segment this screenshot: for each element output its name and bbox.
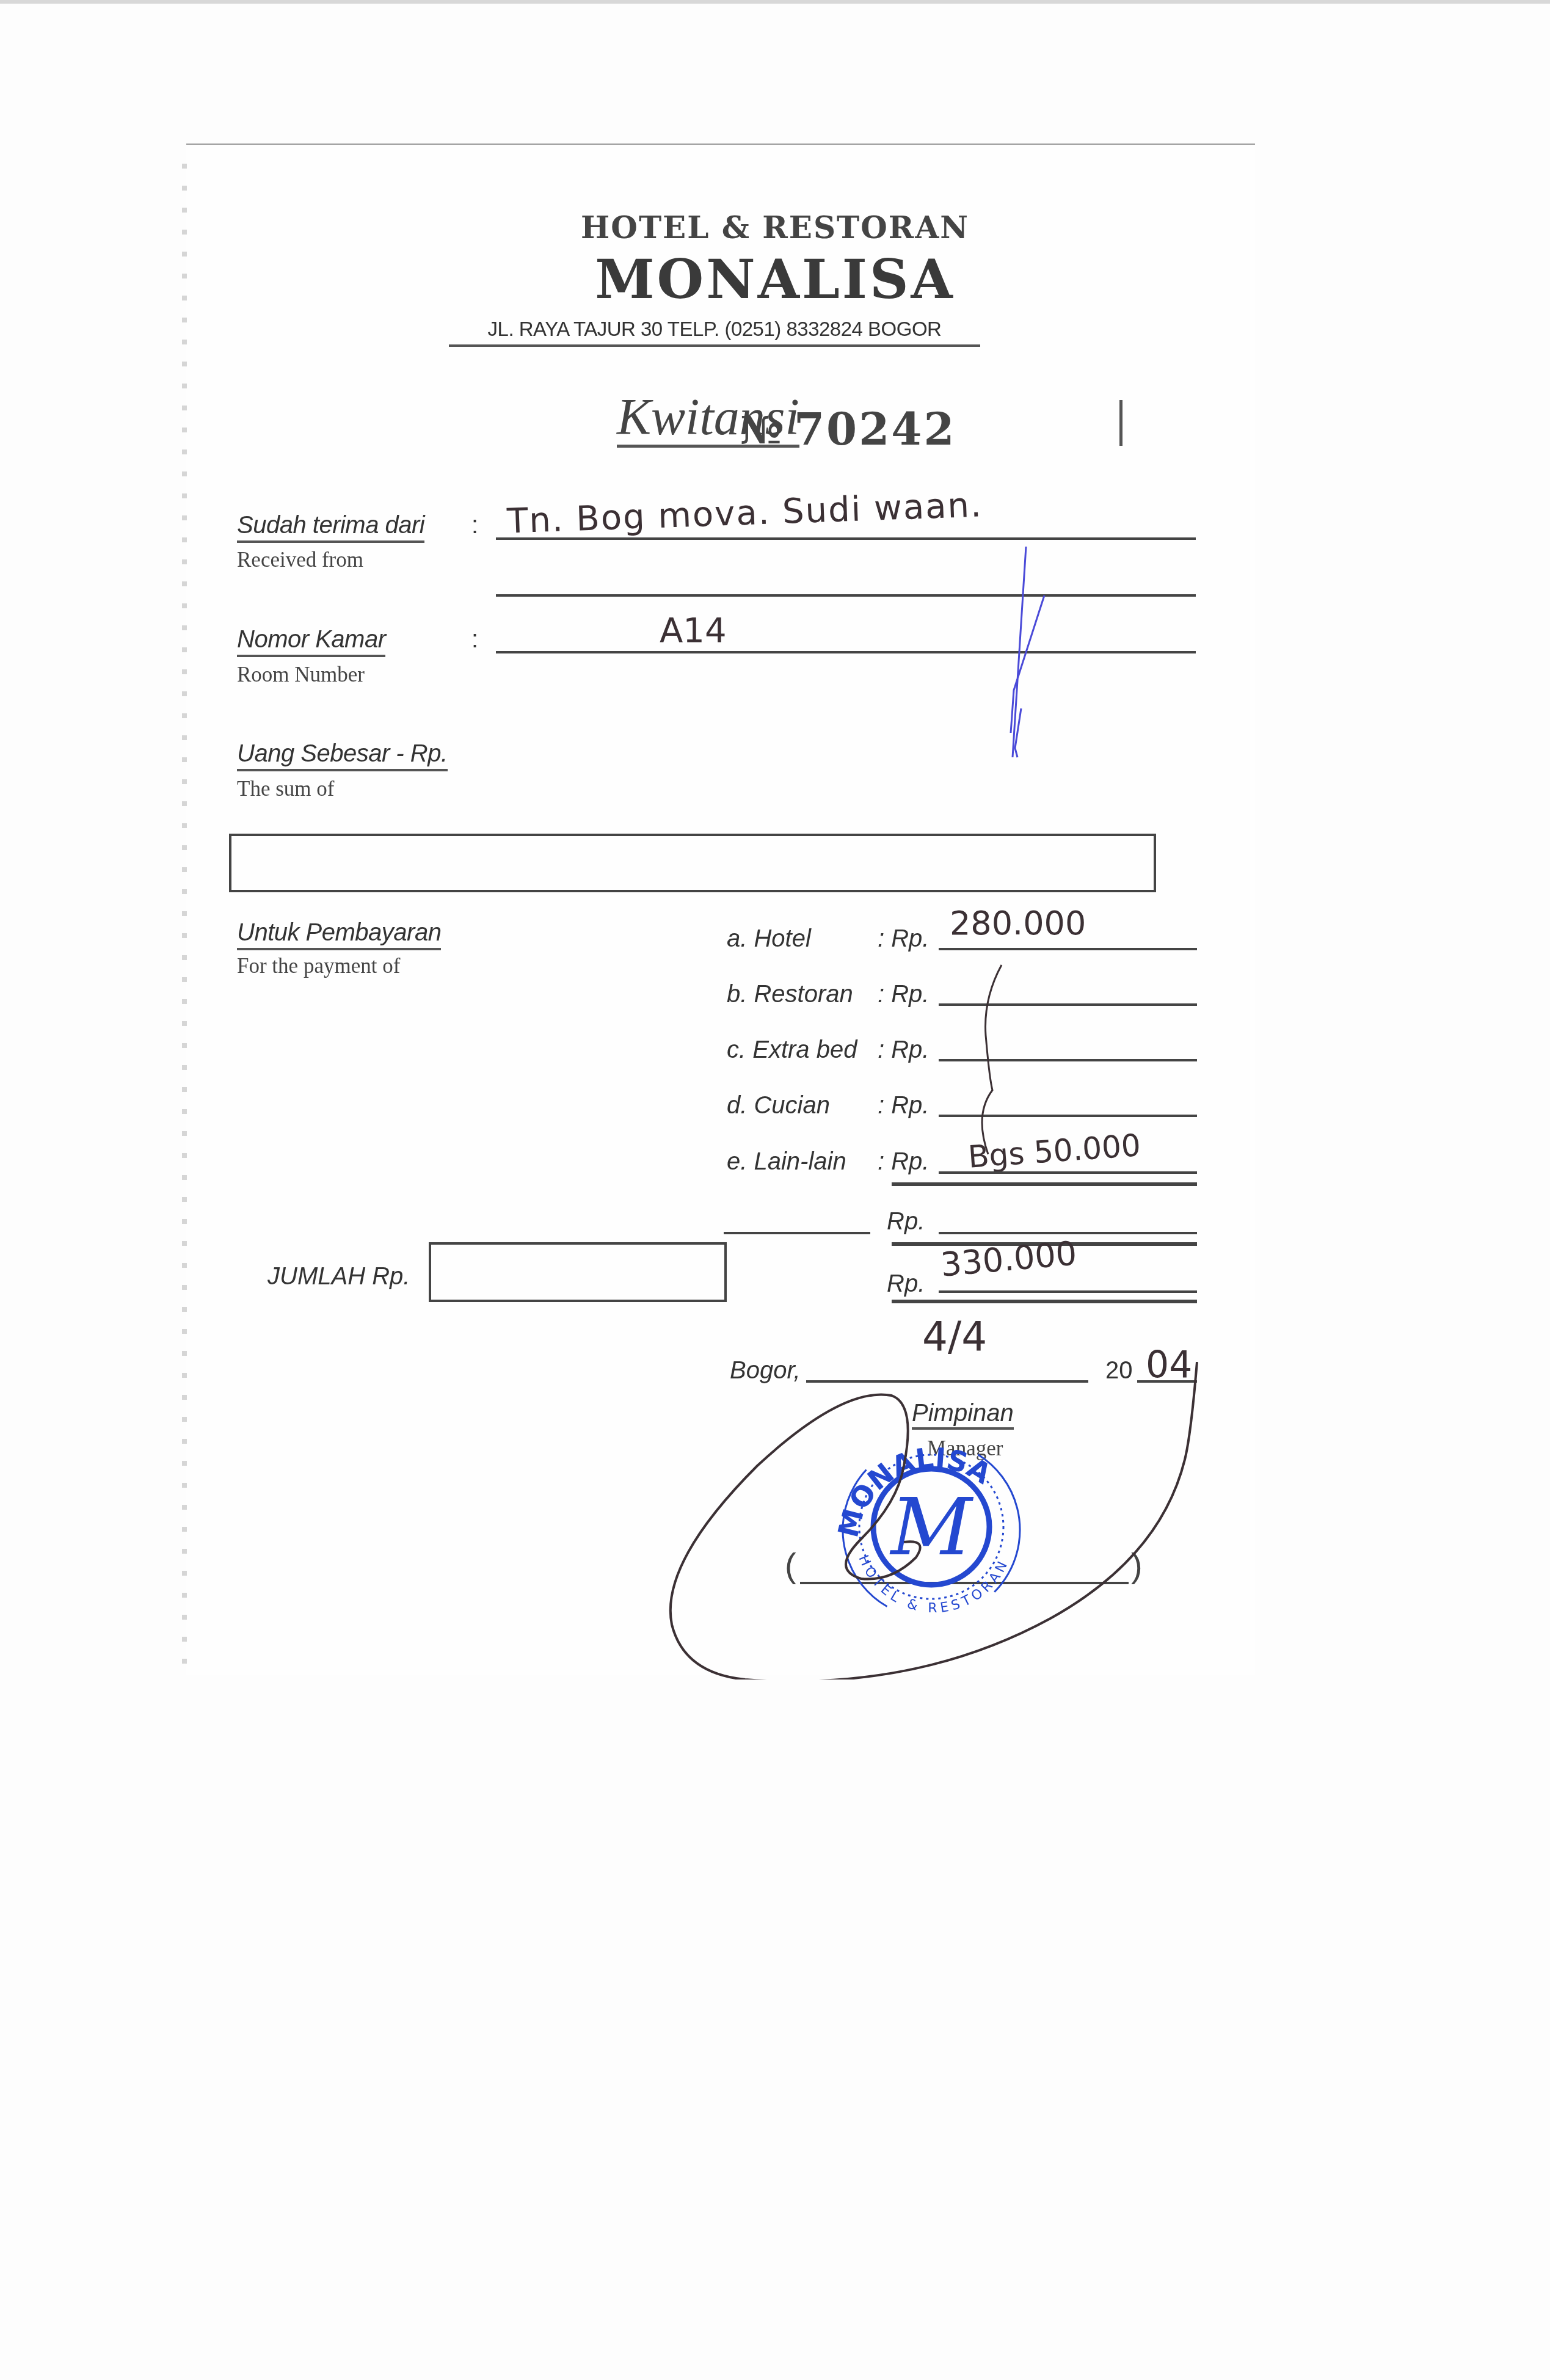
- item-restoran-currency: : Rp.: [878, 981, 929, 1008]
- header-subtitle: HOTEL & RESTORAN: [0, 209, 1550, 246]
- item-lain-lain-line: [939, 1171, 1197, 1174]
- sum-of-box[interactable]: [229, 834, 1156, 892]
- room-number-label-en: Room Number: [237, 663, 365, 687]
- item-hotel-label: a. Hotel: [727, 925, 811, 953]
- total-label: JUMLAH Rp.: [267, 1263, 410, 1290]
- item-hotel-currency: : Rp.: [878, 925, 929, 953]
- item-restoran-label: b. Restoran: [727, 981, 853, 1008]
- brace-mark-icon: [977, 962, 1026, 1157]
- date-value[interactable]: 4/4: [922, 1313, 987, 1360]
- pen-check-mark-icon: [977, 537, 1075, 770]
- total-currency: Rp.: [887, 1270, 925, 1298]
- item-hotel-value[interactable]: 280.000: [950, 904, 1086, 942]
- item-extra-bed-label: c. Extra bed: [727, 1036, 857, 1064]
- total-box[interactable]: [429, 1242, 727, 1302]
- number-symbol: №: [740, 408, 781, 453]
- scan-edge: [0, 0, 1550, 4]
- colon: :: [471, 626, 478, 653]
- receipt-number: 70242: [794, 403, 956, 455]
- item-lain-lain-currency: : Rp.: [878, 1148, 929, 1176]
- received-from-line: [496, 537, 1196, 540]
- perforated-edge: [182, 147, 187, 1673]
- extra-item-line: [724, 1232, 870, 1234]
- total-line: [939, 1290, 1197, 1293]
- hotel-name: MONALISA: [0, 247, 1550, 311]
- payment-for-label: Untuk Pembayaran: [237, 919, 441, 950]
- payment-for-label-en: For the payment of: [237, 954, 400, 978]
- handwritten-signature-icon: [660, 1362, 1209, 1679]
- item-hotel-line: [939, 948, 1197, 950]
- received-from-label: Sudah terima dari: [237, 512, 424, 543]
- room-number-value[interactable]: A14: [660, 611, 727, 650]
- colon: :: [471, 512, 478, 539]
- received-from-label-en: Received from: [237, 548, 363, 572]
- item-double-underline: [892, 1182, 1197, 1186]
- room-number-label: Nomor Kamar: [237, 626, 385, 657]
- item-lain-lain-label: e. Lain-lain: [727, 1148, 846, 1176]
- number-divider: [1119, 400, 1122, 446]
- received-from-line-2: [496, 594, 1196, 597]
- hotel-address: JL. RAYA TAJUR 30 TELP. (0251) 8332824 B…: [449, 318, 980, 347]
- total-double-underline: [892, 1300, 1197, 1303]
- item-cucian-label: d. Cucian: [727, 1092, 830, 1119]
- room-number-line: [496, 651, 1196, 653]
- sum-of-label-en: The sum of: [237, 777, 334, 801]
- extra-item-currency: Rp.: [887, 1208, 925, 1235]
- item-extra-bed-currency: : Rp.: [878, 1036, 929, 1064]
- item-cucian-currency: : Rp.: [878, 1092, 929, 1119]
- sum-of-label: Uang Sebesar - Rp.: [237, 740, 448, 771]
